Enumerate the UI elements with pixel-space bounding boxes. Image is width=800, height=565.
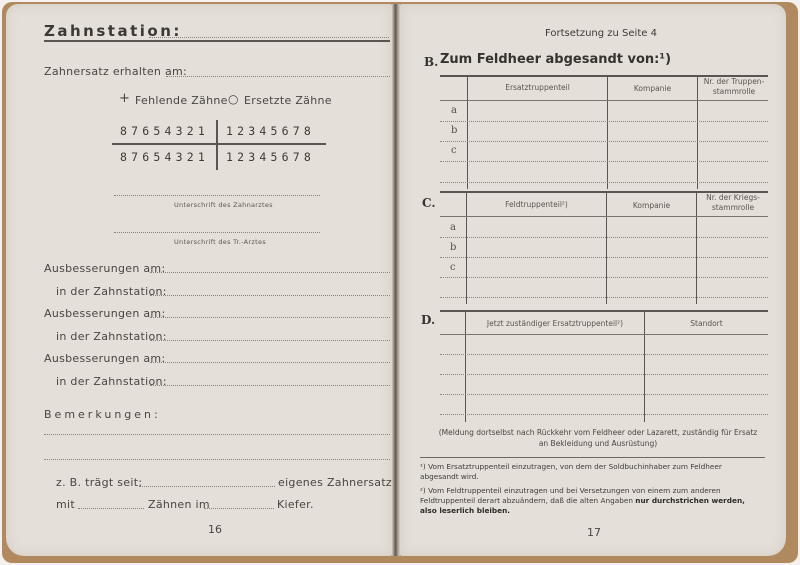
table-row[interactable] <box>440 161 768 162</box>
footnote-bold-text: nur durchstrichen werden, <box>635 496 745 505</box>
since-field[interactable] <box>139 486 275 487</box>
repairs-date-field-1[interactable] <box>150 272 390 273</box>
circle-icon: ○ <box>228 92 239 106</box>
repairs-date-field-3[interactable] <box>150 362 390 363</box>
table-row[interactable] <box>440 354 768 355</box>
kiefer-label: Kiefer. <box>277 498 314 511</box>
zb-prefix-label: z. B. trägt seit: <box>56 476 142 489</box>
note-line: (Meldung dortselbst nach Rückkehr vom Fe… <box>420 427 776 438</box>
left-page: Zahnstation: Zahnersatz erhalten am: + F… <box>6 4 392 556</box>
chart-vertical-line <box>216 120 218 170</box>
remarks-field-2[interactable] <box>44 459 390 460</box>
footnote-line: Feldtruppenteil derart abzuändern, daß d… <box>420 496 770 506</box>
station-label-3: in der Zahnstation: <box>56 375 167 388</box>
repairs-label-1: Ausbesserungen am: <box>44 262 165 275</box>
table-row[interactable] <box>440 257 768 258</box>
table-row[interactable] <box>440 121 768 122</box>
teeth-count-field[interactable] <box>78 508 144 509</box>
repairs-label-3: Ausbesserungen am: <box>44 352 165 365</box>
footnote-line: also leserlich bleiben. <box>420 506 770 516</box>
row-label-c: c <box>451 145 457 156</box>
section-c-letter: C. <box>422 196 436 210</box>
col-header-line: stammrolle <box>698 87 770 97</box>
table-top-rule <box>440 310 768 312</box>
station-label-2: in der Zahnstation: <box>56 330 167 343</box>
book-spine <box>392 4 400 556</box>
report-note: (Meldung dortselbst nach Rückkehr vom Fe… <box>420 427 776 449</box>
page-number-right: 17 <box>587 526 601 539</box>
station-field-2[interactable] <box>150 340 390 341</box>
footnote-1: ¹) Vom Ersatztruppenteil einzutragen, vo… <box>420 462 770 482</box>
chart-horizontal-line <box>112 143 326 145</box>
section-d-letter: D. <box>421 313 435 327</box>
zaehnen-label: Zähnen im <box>148 498 210 511</box>
station-field-3[interactable] <box>150 385 390 386</box>
col-header-kompanie: Kompanie <box>607 201 696 211</box>
section-b-title: Zum Feldheer abgesandt von:¹) <box>440 52 671 67</box>
plus-icon: + <box>119 91 130 106</box>
footnote-rule <box>420 457 765 458</box>
station-field-1[interactable] <box>150 295 390 296</box>
col-header-line: stammrolle <box>697 203 769 213</box>
header-rule <box>440 334 768 335</box>
col-header-kompanie: Kompanie <box>608 84 697 94</box>
table-row[interactable] <box>440 237 768 238</box>
footnote-text: Feldtruppenteil derart abzuändern, daß d… <box>420 496 635 505</box>
replaced-teeth-label: Ersetzte Zähne <box>244 94 332 107</box>
zahnersatz-field[interactable] <box>166 76 390 77</box>
section-b-letter: B. <box>424 55 438 69</box>
table-row[interactable] <box>440 277 768 278</box>
row-label-a: a <box>451 105 457 116</box>
col-header-line: Nr. der Kriegs- <box>697 193 769 203</box>
zahnstation-field[interactable] <box>149 37 389 38</box>
repairs-date-field-2[interactable] <box>150 317 390 318</box>
table-row[interactable] <box>440 374 768 375</box>
missing-teeth-label: Fehlende Zähne <box>135 94 228 107</box>
header-rule <box>440 100 768 101</box>
col-header-line: Nr. der Truppen- <box>698 77 770 87</box>
table-row[interactable] <box>440 141 768 142</box>
col-header-stammrolle: Nr. der Truppen- stammrolle <box>698 77 770 97</box>
dentist-signature-label: Unterschrift des Zahnarztes <box>174 201 273 209</box>
title-underline <box>44 40 390 42</box>
footnote-line: abgesandt wird. <box>420 472 770 482</box>
teeth-lower-right[interactable]: 12345678 <box>226 150 315 164</box>
repairs-label-2: Ausbesserungen am: <box>44 307 165 320</box>
teeth-lower-left[interactable]: 87654321 <box>120 150 209 164</box>
doctor-signature-field[interactable] <box>114 232 320 233</box>
mit-label: mit <box>56 498 75 511</box>
remarks-field-1[interactable] <box>44 434 390 435</box>
right-page: Fortsetzung zu Seite 4 B. Zum Feldheer a… <box>400 4 786 556</box>
col-header-ersatztruppenteil: Jetzt zuständiger Ersatztruppenteil²) <box>466 319 644 329</box>
continuation-header: Fortsetzung zu Seite 4 <box>545 28 657 39</box>
note-line: an Bekleidung und Ausrüstung) <box>420 438 776 449</box>
table-row[interactable] <box>440 297 768 298</box>
footnote-line: ²) Vom Feldtruppenteil einzutragen und b… <box>420 486 770 496</box>
station-label-1: in der Zahnstation: <box>56 285 167 298</box>
footnote-2: ²) Vom Feldtruppenteil einzutragen und b… <box>420 486 770 516</box>
table-row[interactable] <box>440 182 768 183</box>
col-header-standort: Standort <box>645 319 768 329</box>
row-label-b: b <box>450 242 456 253</box>
row-label-a: a <box>450 222 456 233</box>
col-header-kriegsstammrolle: Nr. der Kriegs- stammrolle <box>697 193 769 213</box>
dentist-signature-field[interactable] <box>114 195 320 196</box>
remarks-label: Bemerkungen: <box>44 408 161 421</box>
page-number-left: 16 <box>208 523 222 536</box>
col-header-feldtruppenteil: Feldtruppenteil²) <box>467 200 606 210</box>
teeth-upper-left[interactable]: 87654321 <box>120 124 209 138</box>
table-row[interactable] <box>440 394 768 395</box>
doctor-signature-label: Unterschrift des Tr.-Arztes <box>174 238 266 246</box>
table-row[interactable] <box>440 414 768 415</box>
row-label-b: b <box>451 125 457 136</box>
header-rule <box>440 216 768 217</box>
row-label-c: c <box>450 262 456 273</box>
col-header-ersatztruppenteil: Ersatztruppenteil <box>468 83 607 93</box>
teeth-upper-right[interactable]: 12345678 <box>226 124 315 138</box>
jaw-field[interactable] <box>204 508 274 509</box>
footnote-line: ¹) Vom Ersatztruppenteil einzutragen, vo… <box>420 462 770 472</box>
footnote-bold-text: also leserlich bleiben. <box>420 506 510 515</box>
